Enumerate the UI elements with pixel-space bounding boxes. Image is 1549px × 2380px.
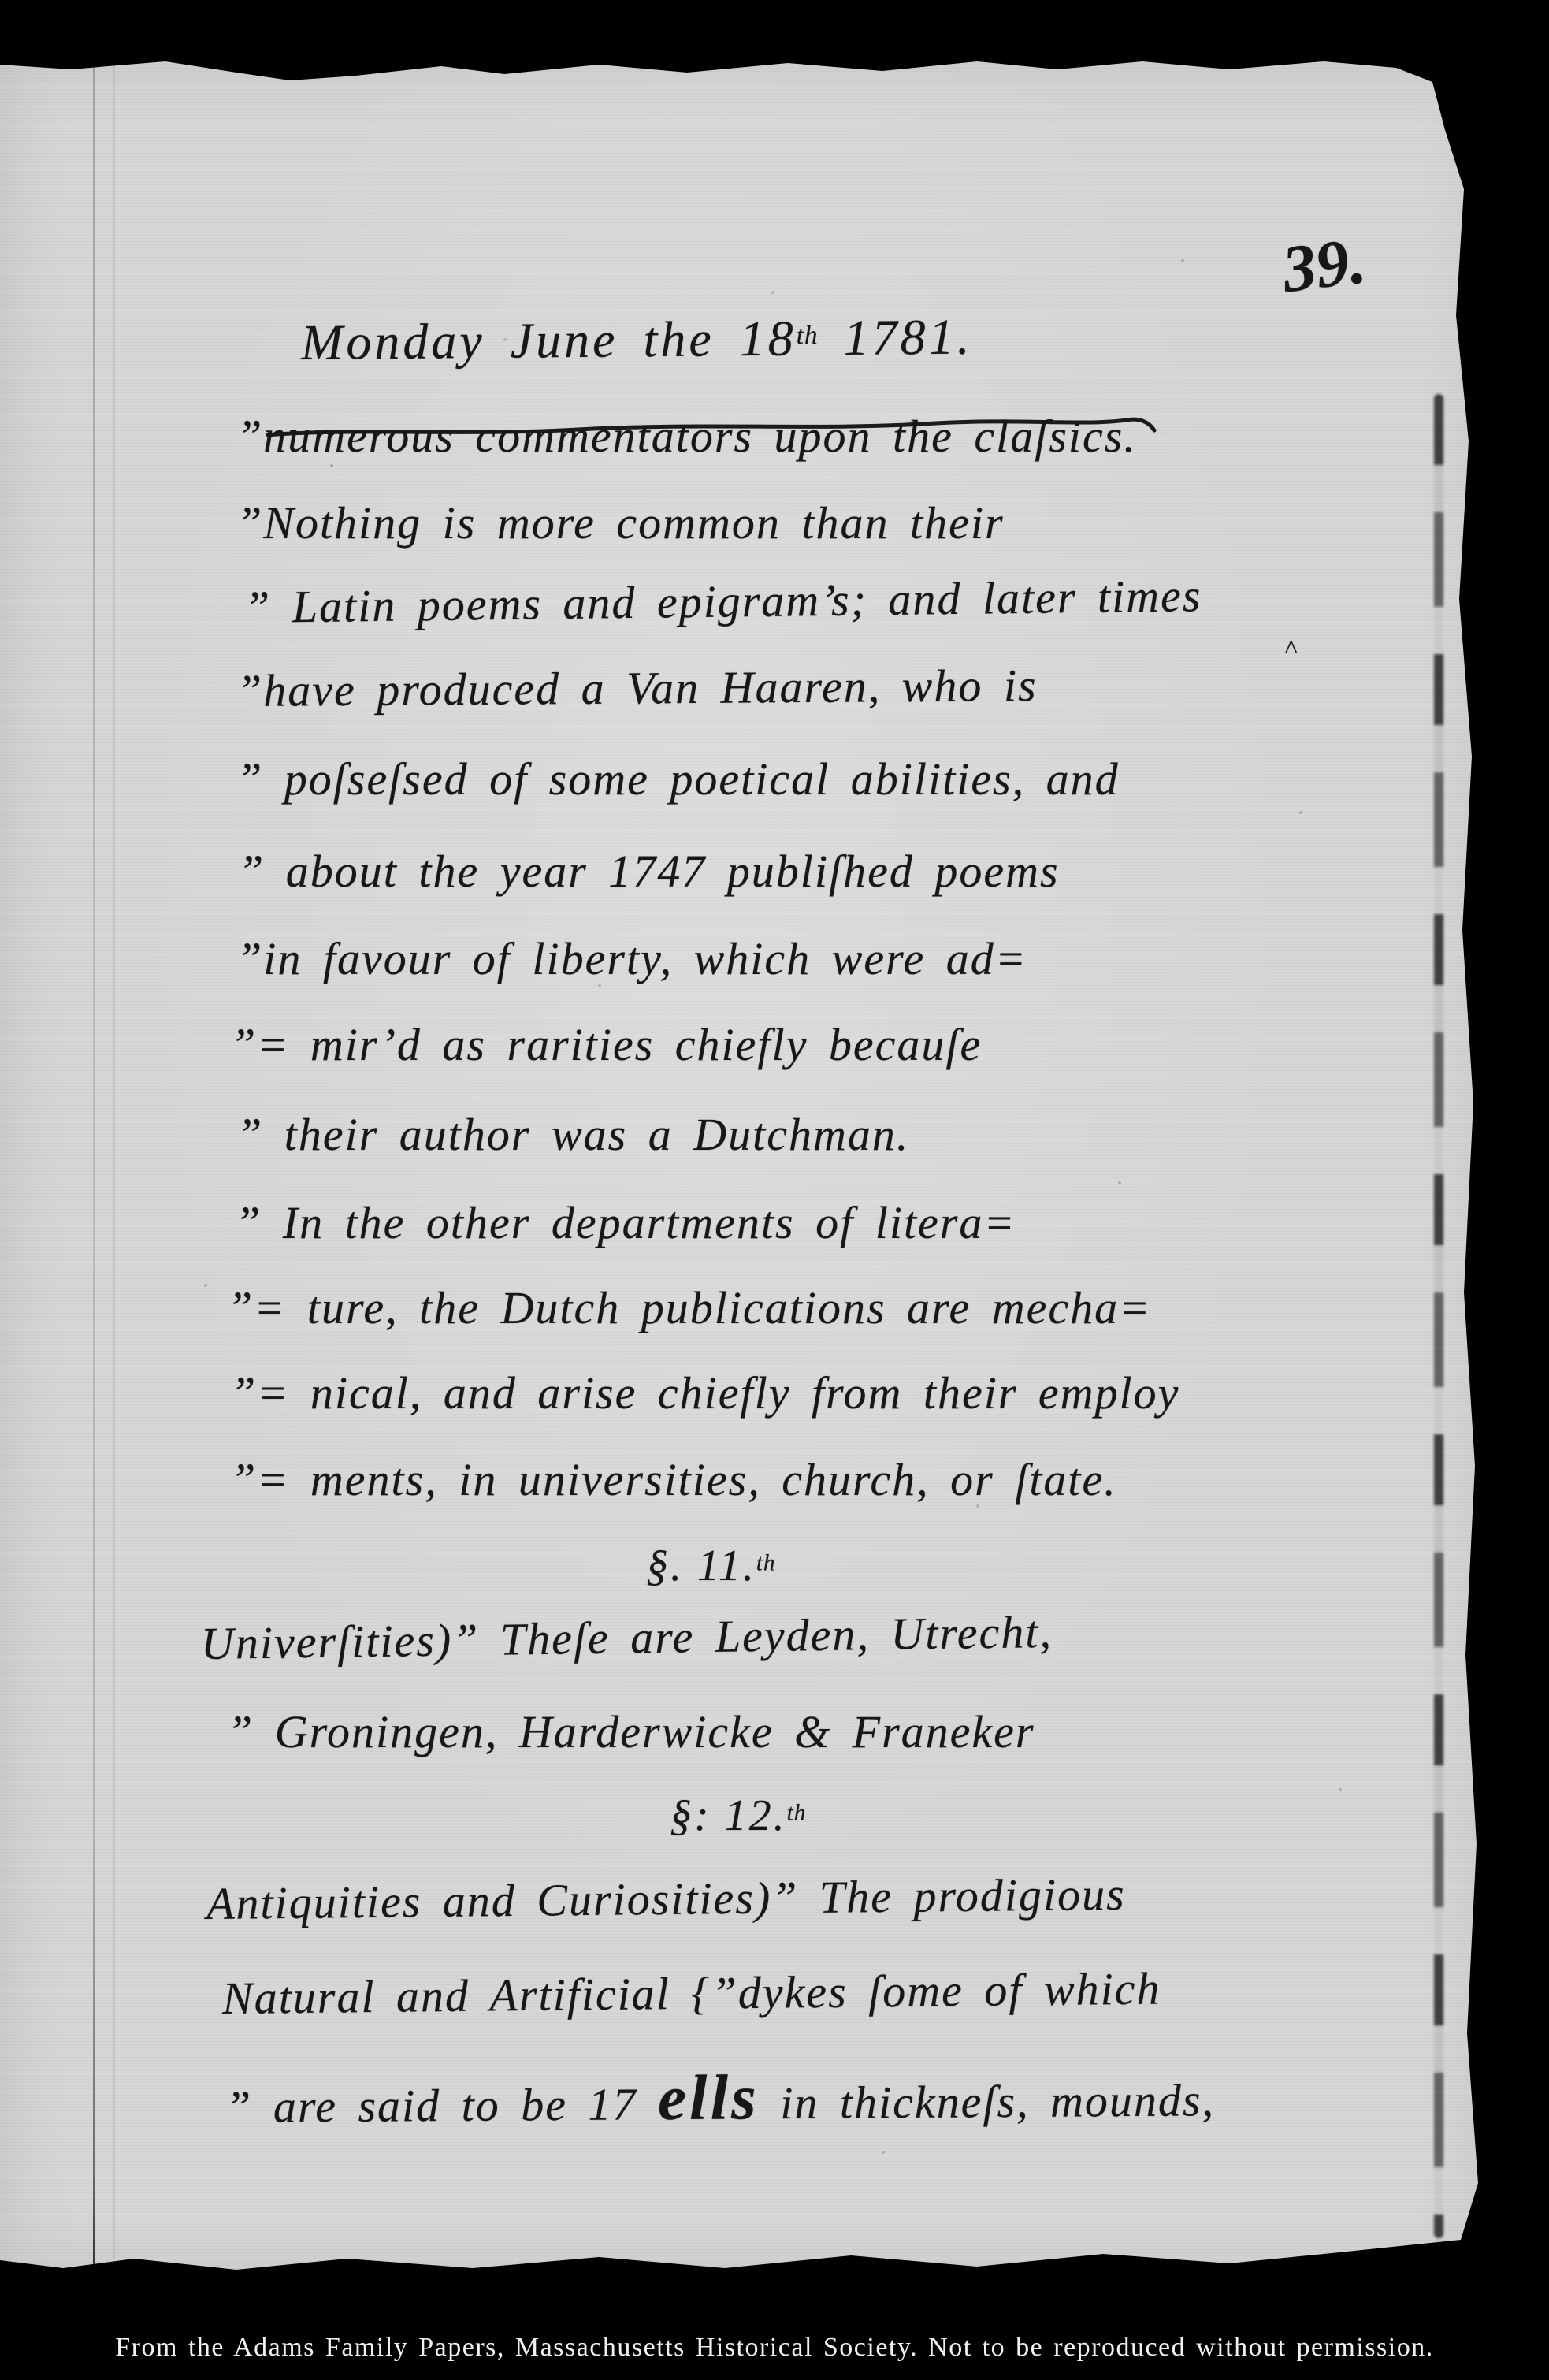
archive-caption: From the Adams Family Papers, Massachuse… [0,2333,1549,2363]
manuscript-line: ” their author was a Dutchman. [236,1108,909,1161]
section-12-label: §: 12. [670,1791,787,1840]
page-edge-shadow [1434,394,1443,2238]
manuscript-line: ” poſseſsed of some poetical abilities, … [236,753,1120,805]
section-11-superscript: th [756,1550,776,1575]
paper-speckles [0,55,2,57]
final-line-ells-word: ells [658,2062,760,2133]
manuscript-line: Natural and Artificial {”dykes ſome of w… [222,1962,1161,2025]
manuscript-line: Antiquities and Curiosities)” The prodig… [206,1868,1126,1930]
fold-crease-line [93,60,95,2267]
manuscript-line: ”have produced a Van Haaren, who is [236,659,1038,717]
manuscript-line: ”= nical, and arise chiefly from their e… [230,1367,1179,1419]
page-number: 39. [1278,222,1369,308]
section-12-superscript: th [787,1800,807,1825]
manuscript-line: ”= mir’d as rarities chiefly becauſe [230,1018,982,1071]
manuscript-page [0,55,1489,2278]
manuscript-line: ”in favour of liberty, which were ad= [236,932,1027,985]
section-heading-12: §: 12.th [670,1791,806,1841]
section-heading-11: §. 11.th [646,1541,776,1591]
manuscript-line: ” Groningen, Harderwicke & Franeker [227,1705,1035,1758]
manuscript-line: ”numerous commentators upon the claſsics… [236,410,1137,463]
manuscript-line: ” In the other departments of litera= [235,1196,1016,1249]
manuscript-line: ”Nothing is more common than their [236,496,1005,549]
date-text: Monday June the 18 [301,311,797,370]
final-line-pre: ” are said to be 17 [225,2078,658,2133]
section-11-label: §. 11. [646,1541,756,1590]
manuscript-line: ” are said to be 17 ells in thickneſs, m… [225,2058,1216,2138]
date-superscript: th [796,321,818,350]
fold-crease-line-faint [113,60,115,2259]
date-year: 1781. [818,309,973,366]
manuscript-line: ”= ture, the Dutch publications are mech… [227,1281,1151,1334]
date-heading: Monday June the 18th 1781. [301,308,973,372]
manuscript-line: ” about the year 1747 publiſhed poems [238,845,1060,898]
insertion-caret-mark: ^ [1284,635,1295,665]
final-line-post: in thickneſs, mounds, [760,2074,1216,2129]
manuscript-line: ”= ments, in universities, church, or ſt… [230,1453,1117,1506]
